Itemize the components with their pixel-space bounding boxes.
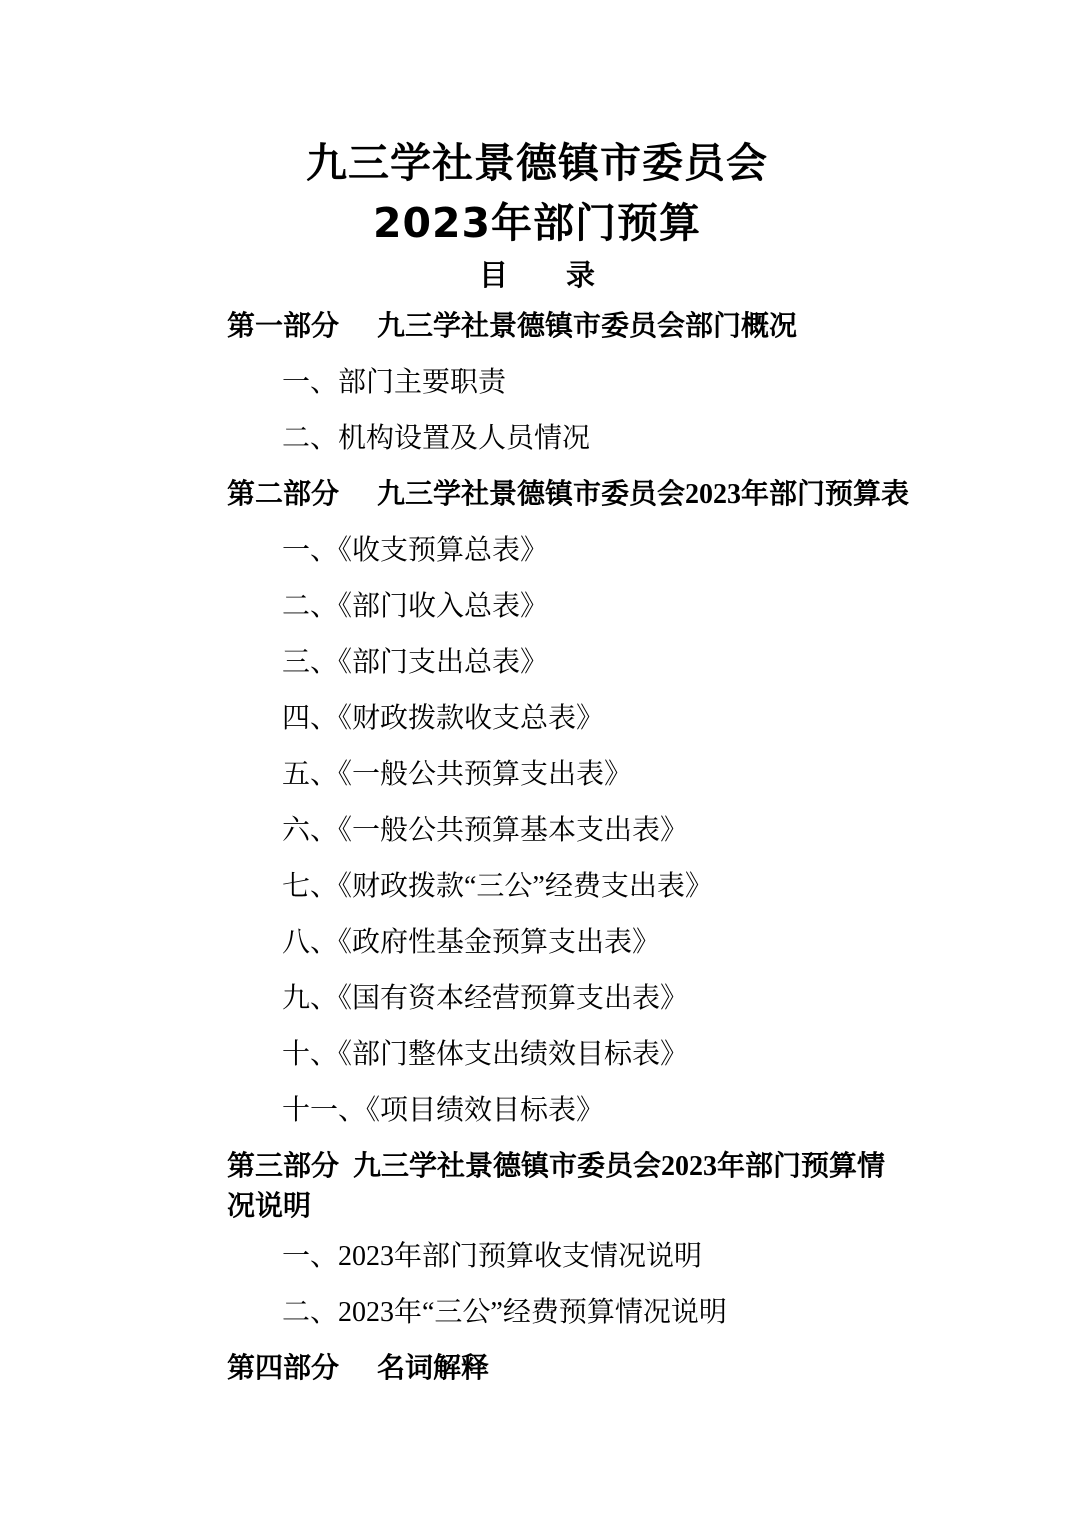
toc-item: 七、《财政拨款“三公”经费支出表》 <box>227 859 903 915</box>
toc-item: 十一、《项目绩效目标表》 <box>227 1083 903 1139</box>
toc-item: 一、《收支预算总表》 <box>227 523 903 579</box>
section-4-heading: 第四部分名词解释 <box>227 1341 903 1397</box>
section-2-heading: 第二部分九三学社景德镇市委员会2023年部门预算表 <box>227 467 903 523</box>
toc-item: 十、《部门整体支出绩效目标表》 <box>227 1027 903 1083</box>
section-1-title: 九三学社景德镇市委员会部门概况 <box>377 311 797 342</box>
section-3-heading: 第三部分九三学社景德镇市委员会2023年部门预算情况说明 <box>227 1147 903 1227</box>
document-title-line2: 2023年部门预算 <box>0 193 1074 253</box>
section-4-label: 第四部分 <box>227 1353 339 1384</box>
toc-item: 九、《国有资本经营预算支出表》 <box>227 971 903 1027</box>
toc-item: 一、部门主要职责 <box>227 355 903 411</box>
toc-item: 一、2023年部门预算收支情况说明 <box>227 1229 903 1285</box>
section-1-label: 第一部分 <box>227 311 339 342</box>
toc-item: 二、《部门收入总表》 <box>227 579 903 635</box>
document-page: 九三学社景德镇市委员会 2023年部门预算 目 录 第一部分九三学社景德镇市委员… <box>0 0 1074 1520</box>
toc-item: 三、《部门支出总表》 <box>227 635 903 691</box>
toc-heading: 目 录 <box>0 253 1074 299</box>
document-title-line1: 九三学社景德镇市委员会 <box>0 133 1074 193</box>
section-2-title: 九三学社景德镇市委员会2023年部门预算表 <box>377 479 909 510</box>
section-3-label: 第三部分 <box>227 1151 339 1182</box>
section-4-title: 名词解释 <box>377 1353 489 1384</box>
toc-item: 二、2023年“三公”经费预算情况说明 <box>227 1285 903 1341</box>
toc-item: 五、《一般公共预算支出表》 <box>227 747 903 803</box>
document-header: 九三学社景德镇市委员会 2023年部门预算 目 录 <box>0 0 1074 299</box>
section-1-heading: 第一部分九三学社景德镇市委员会部门概况 <box>227 299 903 355</box>
table-of-contents: 第一部分九三学社景德镇市委员会部门概况 一、部门主要职责 二、机构设置及人员情况… <box>227 299 903 1397</box>
toc-item: 六、《一般公共预算基本支出表》 <box>227 803 903 859</box>
toc-item: 二、机构设置及人员情况 <box>227 411 903 467</box>
toc-item: 四、《财政拨款收支总表》 <box>227 691 903 747</box>
toc-item: 八、《政府性基金预算支出表》 <box>227 915 903 971</box>
section-2-label: 第二部分 <box>227 479 339 510</box>
